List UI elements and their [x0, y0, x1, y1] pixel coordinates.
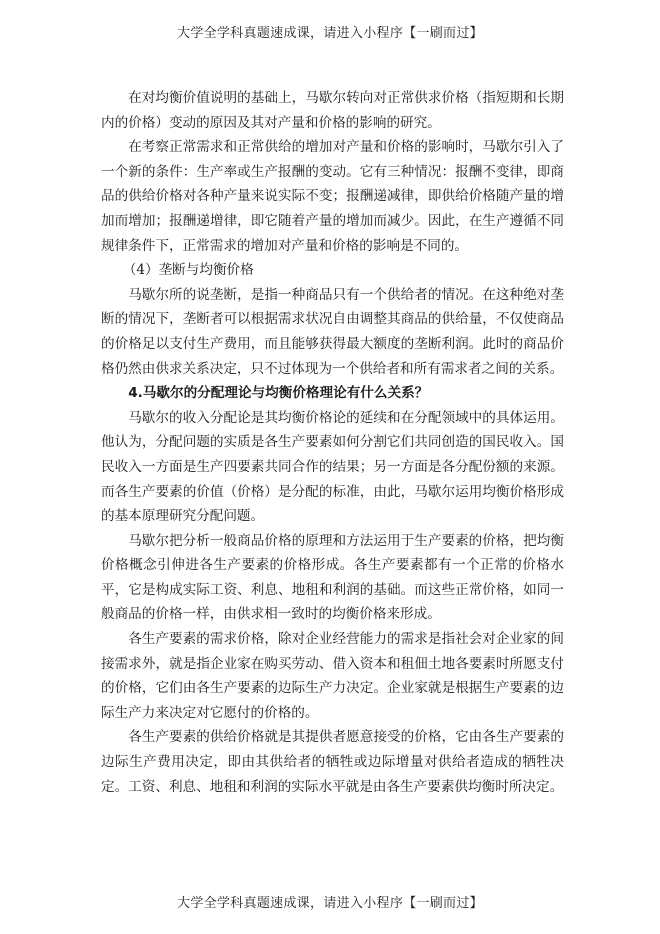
- paragraph-monopoly: 马歇尔所的说垄断，是指一种商品只有一个供给者的情况。在这种绝对垄断的情况下，垄断…: [101, 283, 564, 381]
- page-header-banner: 大学全学科真题速成课，请进入小程序【一刷而过】: [0, 22, 660, 41]
- subheading-monopoly: （4）垄断与均衡价格: [101, 258, 564, 283]
- question-heading-4: 4.马歇尔的分配理论与均衡价格理论有什么关系？: [101, 381, 564, 406]
- paragraph-supply-price: 各生产要素的供给价格就是其提供者愿意接受的价格，它由各生产要素的边际生产费用决定…: [101, 725, 564, 799]
- paragraph-demand-price: 各生产要素的需求价格，除对企业经营能力的需求是指社会对企业家的间接需求外，就是指…: [101, 627, 564, 725]
- document-body: 在对均衡价值说明的基础上，马歇尔转向对正常供求价格（指短期和长期内的价格）变动的…: [101, 86, 564, 799]
- paragraph-equilibrium-value: 在对均衡价值说明的基础上，马歇尔转向对正常供求价格（指短期和长期内的价格）变动的…: [101, 86, 564, 135]
- paragraph-returns-laws: 在考察正常需求和正常供给的增加对产量和价格的影响时，马歇尔引入了一个新的条件：生…: [101, 135, 564, 258]
- paragraph-distribution-theory: 马歇尔的收入分配论是其均衡价格论的延续和在分配领域中的具体运用。他认为，分配问题…: [101, 406, 564, 529]
- paragraph-factor-prices: 马歇尔把分析一般商品价格的原理和方法运用于生产要素的价格，把均衡价格概念引伸进各…: [101, 529, 564, 627]
- page-footer-banner: 大学全学科真题速成课，请进入小程序【一刷而过】: [0, 892, 660, 911]
